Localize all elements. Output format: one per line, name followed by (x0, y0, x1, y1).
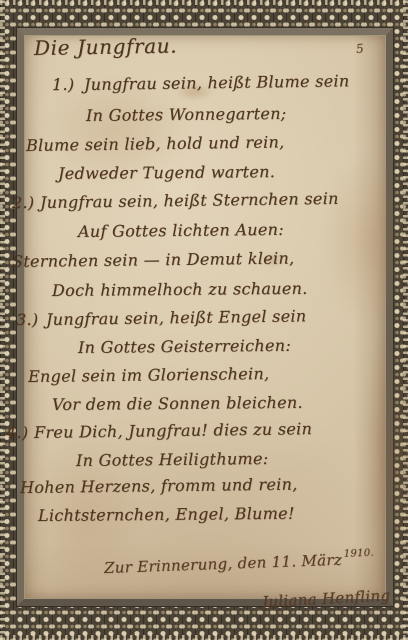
stanza-number: 3.) (16, 310, 38, 329)
border-rim-right (403, 0, 408, 640)
border-rim-bottom (0, 635, 408, 640)
border-rim-left (0, 0, 5, 640)
poem-line: In Gottes Geisterreichen: (78, 336, 291, 357)
poem-line: Jungfrau sein, heißt Engel sein (46, 306, 307, 329)
poem-line: Hohen Herzens, fromm und rein, (20, 475, 298, 497)
poem-title: Die Jungfrau. (34, 34, 178, 60)
page-number-mark: 5 (355, 41, 364, 56)
poem-line: In Gottes Heiligthume: (76, 449, 269, 470)
border-rim-top (0, 0, 408, 5)
poem-line: Sternchen sein — in Demut klein, (12, 249, 295, 271)
dedication-year: 1910. (344, 548, 375, 560)
poem-line: Vor dem die Sonnen bleichen. (52, 393, 303, 414)
poem-line: Engel sein im Glorienschein, (28, 364, 270, 386)
poem-line: In Gottes Wonnegarten; (86, 104, 287, 125)
poem-line: Jedweder Tugend warten. (58, 162, 275, 183)
poem-line: Doch himmelhoch zu schauen. (52, 279, 308, 300)
poem-line: Auf Gottes lichten Auen: (78, 220, 284, 241)
stanza-number: 1.) (52, 75, 74, 94)
stanza-number: 4.) (6, 423, 28, 442)
poem-line: Jungfrau sein, heißt Blume sein (84, 71, 350, 94)
stanza-number: 2.) (12, 193, 34, 212)
poem-line: Blume sein lieb, hold und rein, (26, 132, 285, 155)
poem-line: Freu Dich, Jungfrau! dies zu sein (34, 419, 312, 442)
manuscript-page: Die Jungfrau. 5 1.) Jungfrau sein, heißt… (0, 0, 408, 640)
paper-stain (324, 155, 408, 325)
poem-line: Lichtsternchen, Engel, Blume! (38, 504, 295, 525)
